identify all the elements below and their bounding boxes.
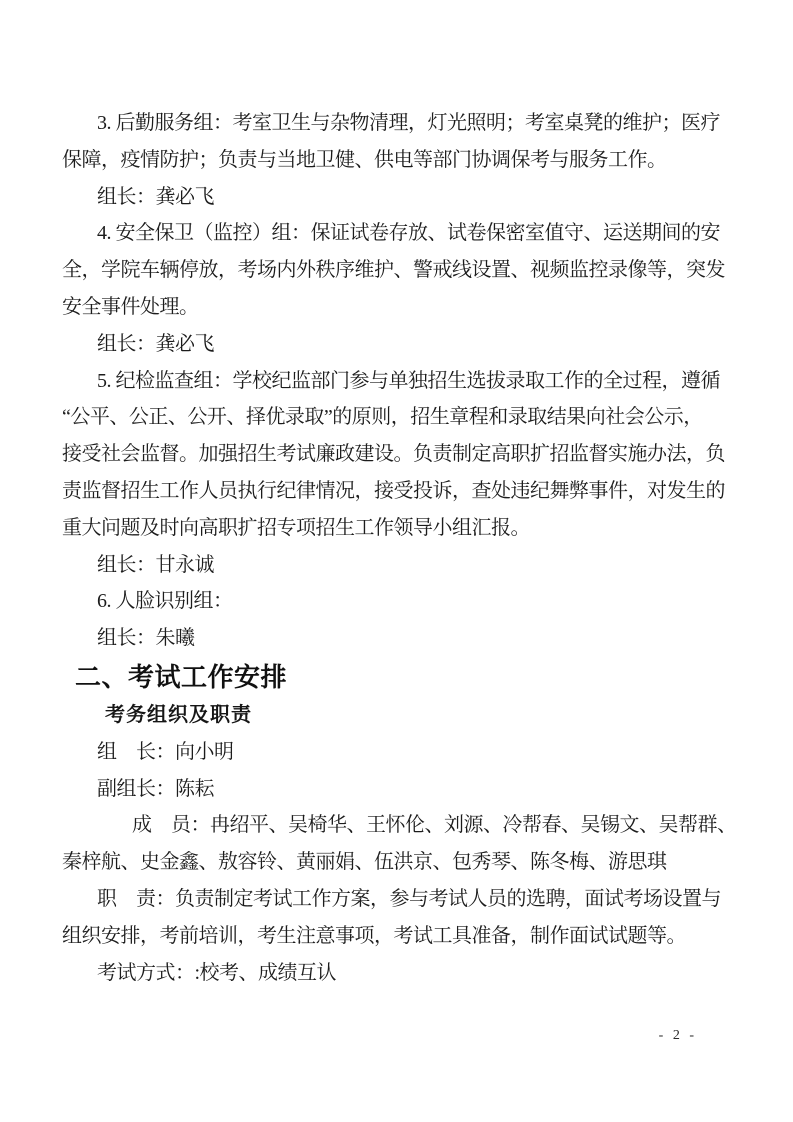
section-heading: 二、考试工作安排 <box>62 657 715 697</box>
body-text-line: 接受社会监督。加强招生考试廉政建设。负责制定高职扩招监督实施办法，负 <box>62 436 715 473</box>
body-text-line: 3. 后勤服务组：考室卫生与杂物清理，灯光照明；考室桌凳的维护；医疗 <box>62 105 715 142</box>
body-text-line: 6. 人脸识别组： <box>62 583 715 620</box>
page-footer: - 2 - <box>659 1028 697 1044</box>
body-text-line: 安全事件处理。 <box>62 289 715 326</box>
body-text-line: “公平、公正、公开、择优录取”的原则，招生章程和录取结果向社会公示， <box>62 399 715 436</box>
body-text-line: 重大问题及时向高职扩招专项招生工作领导小组汇报。 <box>62 510 715 547</box>
body-text-line: 组长：龚必飞 <box>62 179 715 216</box>
body-text-line: 成 员：冉绍平、吴椅华、王怀伦、刘源、冷帮春、吴锡文、吴帮群、 <box>62 807 715 844</box>
body-text-line: 组织安排，考前培训，考生注意事项，考试工具准备，制作面试试题等。 <box>62 918 715 955</box>
body-text-line: 考试方式：:校考、成绩互认 <box>62 955 715 992</box>
sub-heading: 考务组织及职责 <box>62 697 715 734</box>
body-text-line: 职 责：负责制定考试工作方案，参与考试人员的选聘，面试考场设置与 <box>62 881 715 918</box>
document-body: 3. 后勤服务组：考室卫生与杂物清理，灯光照明；考室桌凳的维护；医疗保障，疫情防… <box>62 105 715 991</box>
document-page: 3. 后勤服务组：考室卫生与杂物清理，灯光照明；考室桌凳的维护；医疗保障，疫情防… <box>0 0 793 1122</box>
body-text-line: 组长：朱曦 <box>62 620 715 657</box>
body-text-line: 全，学院车辆停放，考场内外秩序维护、警戒线设置、视频监控录像等，突发 <box>62 252 715 289</box>
body-text-line: 组 长：向小明 <box>62 734 715 771</box>
body-text-line: 秦梓航、史金鑫、敖容铃、黄丽娟、伍洪京、包秀琴、陈冬梅、游思琪 <box>62 844 715 881</box>
body-text-line: 5. 纪检监查组：学校纪监部门参与单独招生选拔录取工作的全过程，遵循 <box>62 363 715 400</box>
body-text-line: 保障，疫情防护；负责与当地卫健、供电等部门协调保考与服务工作。 <box>62 142 715 179</box>
body-text-line: 组长：龚必飞 <box>62 326 715 363</box>
body-text-line: 副组长：陈耘 <box>62 771 715 808</box>
body-text-line: 4. 安全保卫（监控）组：保证试卷存放、试卷保密室值守、运送期间的安 <box>62 215 715 252</box>
page-number: - 2 - <box>659 1028 697 1043</box>
body-text-line: 组长：甘永诚 <box>62 547 715 584</box>
body-text-line: 责监督招生工作人员执行纪律情况，接受投诉，查处违纪舞弊事件，对发生的 <box>62 473 715 510</box>
